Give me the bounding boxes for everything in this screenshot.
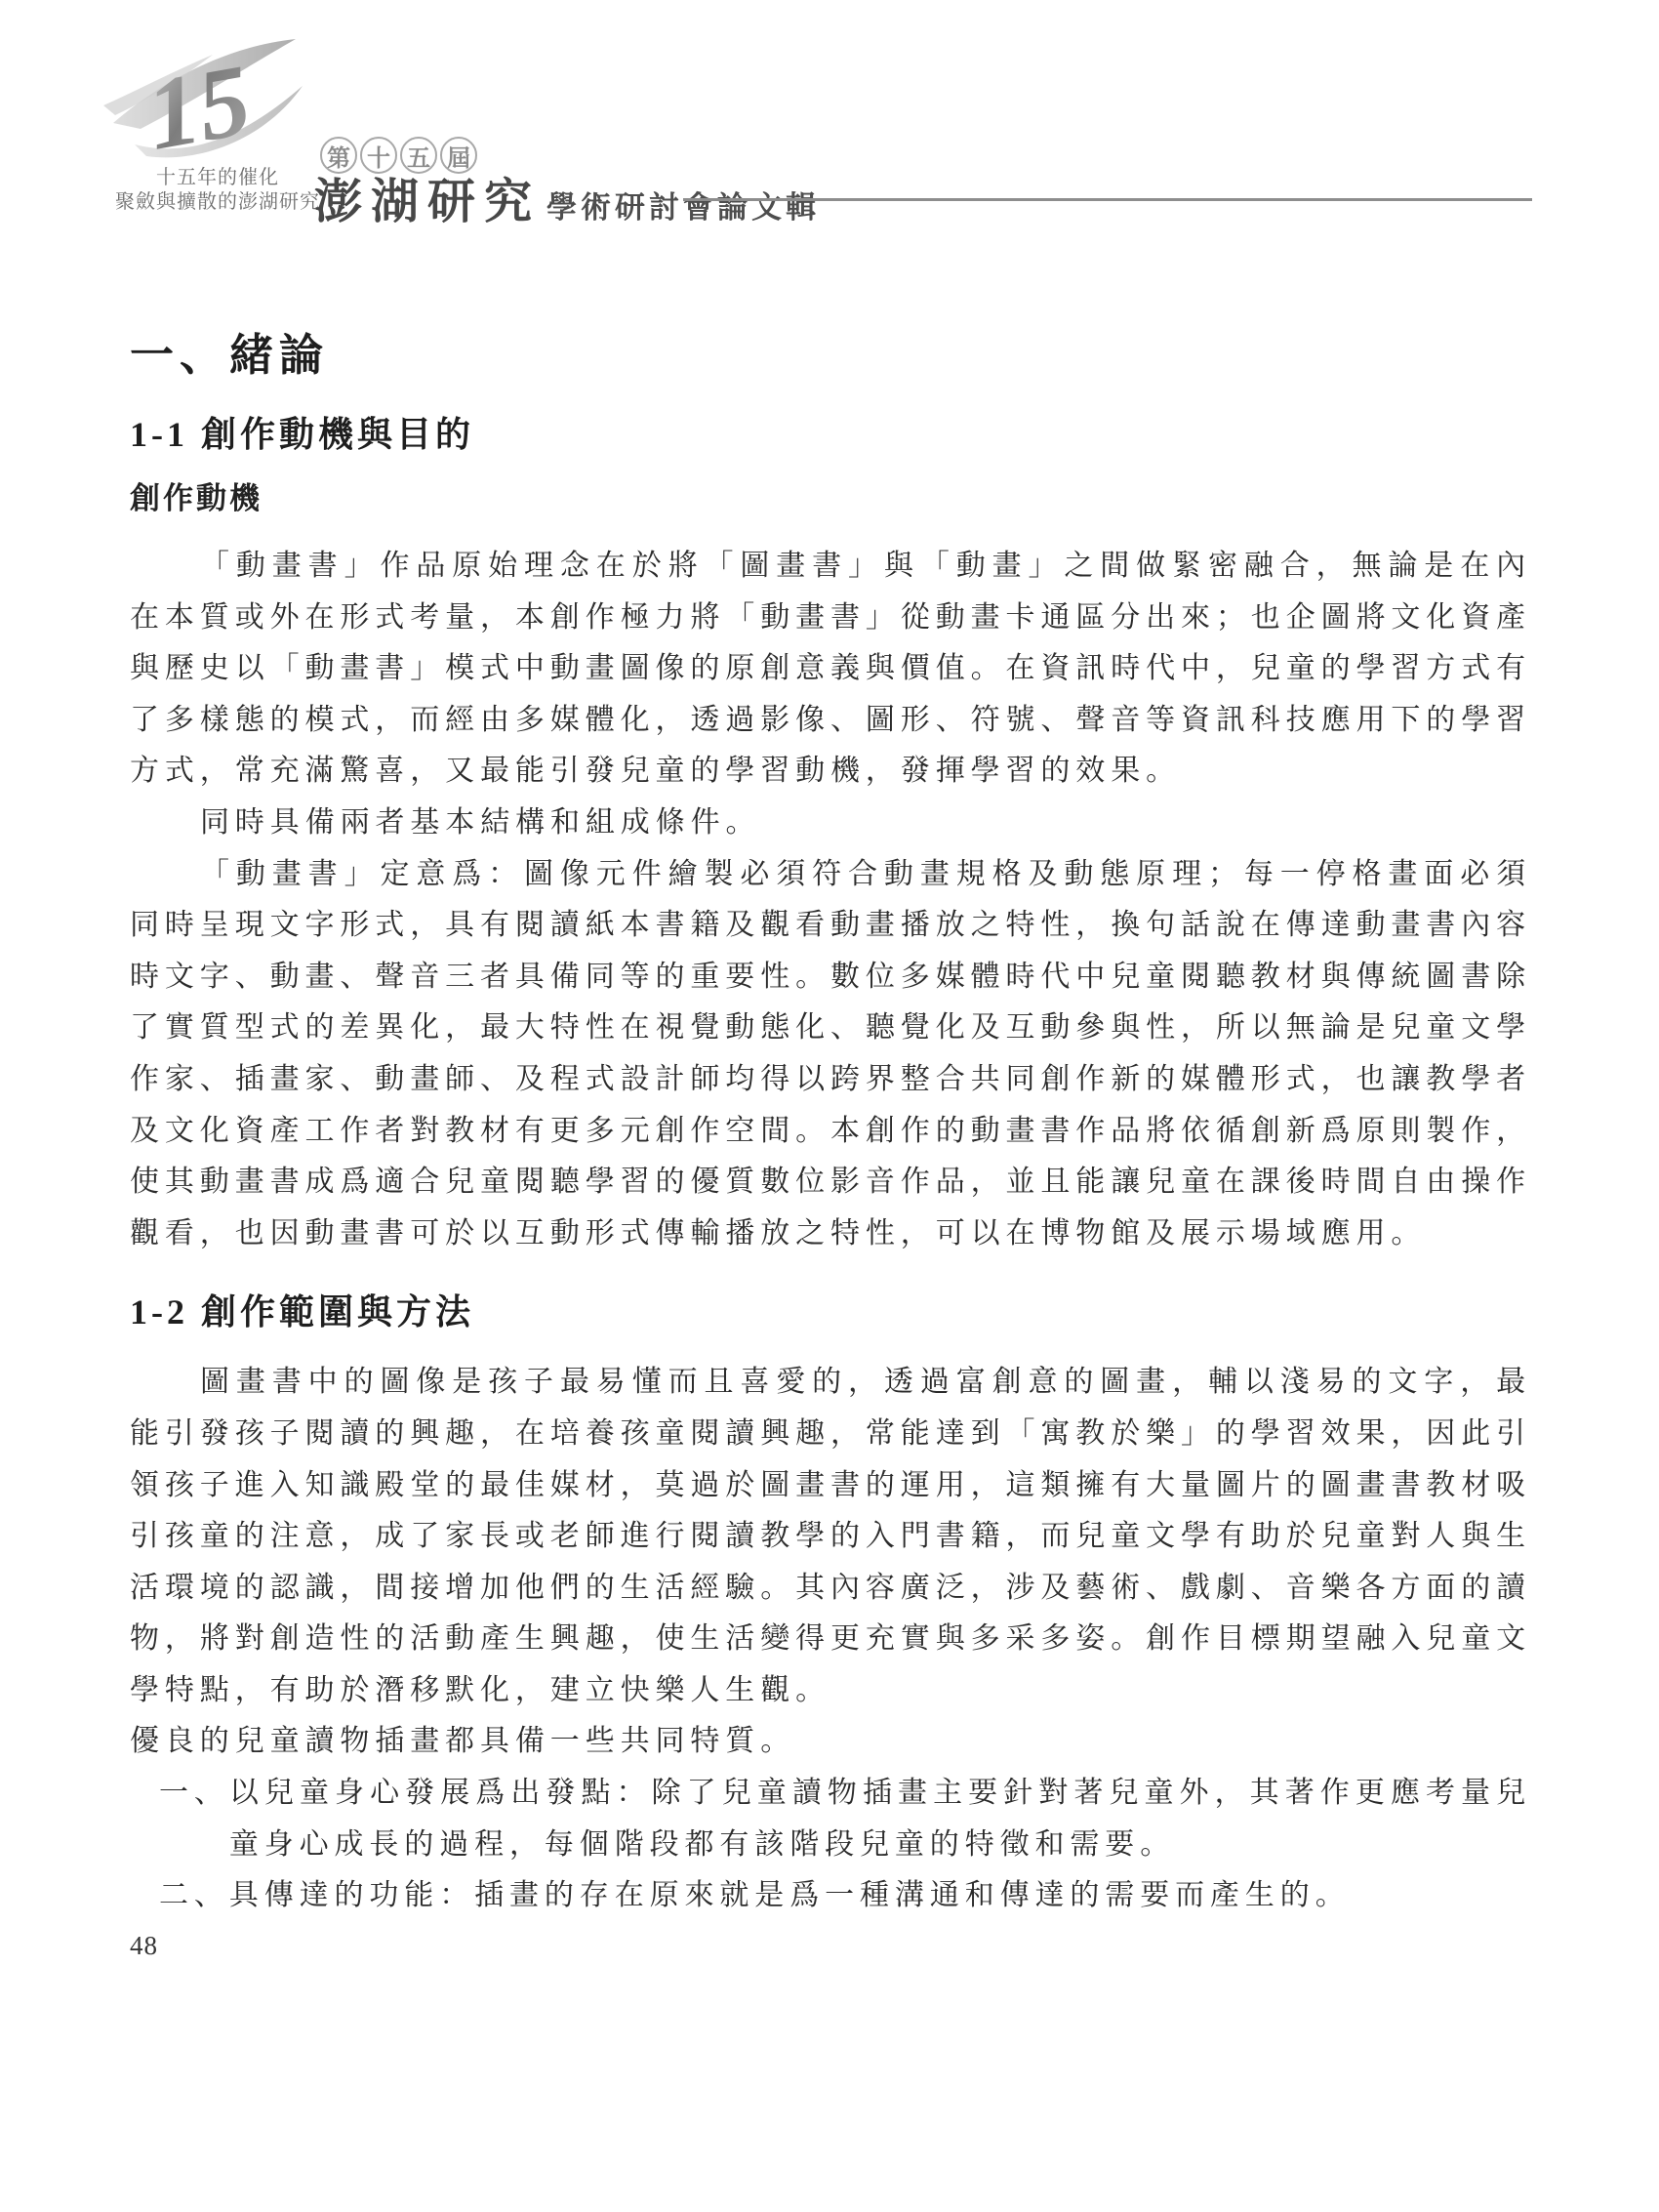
list-item-marker: 二、 xyxy=(159,1870,229,1922)
svg-text:15: 15 xyxy=(139,44,258,166)
section-1-1-heading: 1-1 創作動機與目的 xyxy=(130,413,1531,456)
section-1-2-heading: 1-2 創作範圍與方法 xyxy=(130,1290,1531,1333)
list-item: 一、 以兒童身心發展爲出發點：除了兒童讀物插畫主要針對著兒童外，其著作更應考量兒… xyxy=(159,1768,1531,1870)
trait-list: 一、 以兒童身心發展爲出發點：除了兒童讀物插畫主要針對著兒童外，其著作更應考量兒… xyxy=(159,1768,1531,1922)
logo-caption-line1: 十五年的催化 xyxy=(96,166,340,190)
header-rule xyxy=(683,198,1532,201)
paragraph: 同時具備兩者基本結構和組成條件。 xyxy=(130,798,1531,849)
list-item-text: 以兒童身心發展爲出發點：除了兒童讀物插畫主要針對著兒童外，其著作更應考量兒童身心… xyxy=(229,1768,1531,1870)
paragraph: 「動畫書」作品原始理念在於將「圖畫書」與「動畫」之間做緊密融合，無論是在內在本質… xyxy=(130,541,1531,798)
logo-caption-line2: 聚斂與擴散的澎湖研究 xyxy=(96,190,340,215)
paragraph: 「動畫書」定意爲：圖像元件繪製必須符合動畫規格及動態原理；每一停格畫面必須同時呈… xyxy=(130,849,1531,1260)
paragraph: 圖畫書中的圖像是孩子最易懂而且喜愛的，透過富創意的圖畫，輔以淺易的文字，最能引發… xyxy=(130,1357,1531,1716)
section-1-heading: 一、緒論 xyxy=(130,330,1531,381)
creative-motivation-subheading: 創作動機 xyxy=(130,480,1531,517)
page-number: 48 xyxy=(130,1931,158,1961)
scanned-paper-page: 15 十五年的催化 聚斂與擴散的澎湖研究 第 十 五 屆 澎湖研究 學術研討會論… xyxy=(0,0,1659,2212)
list-item-marker: 一、 xyxy=(159,1768,229,1870)
series-subtitle: 學術研討會論文輯 xyxy=(546,183,820,226)
list-item-text: 具傳達的功能：插畫的存在原來就是爲一種溝通和傳達的需要而產生的。 xyxy=(229,1870,1531,1922)
list-item: 二、 具傳達的功能：插畫的存在原來就是爲一種溝通和傳達的需要而產生的。 xyxy=(159,1870,1531,1922)
paper-body: 一、緒論 1-1 創作動機與目的 創作動機 「動畫書」作品原始理念在於將「圖畫書… xyxy=(130,330,1531,1922)
paragraph: 優良的兒童讀物插畫都具備一些共同特質。 xyxy=(130,1716,1531,1768)
logo-captions: 十五年的催化 聚斂與擴散的澎湖研究 xyxy=(96,166,340,215)
anniversary-15-logo-icon: 15 xyxy=(96,29,330,166)
anniversary-15-logo: 15 xyxy=(96,29,330,166)
series-title: 澎湖研究 xyxy=(314,164,541,232)
page-header: 15 十五年的催化 聚斂與擴散的澎湖研究 第 十 五 屆 澎湖研究 學術研討會論… xyxy=(0,0,1659,234)
